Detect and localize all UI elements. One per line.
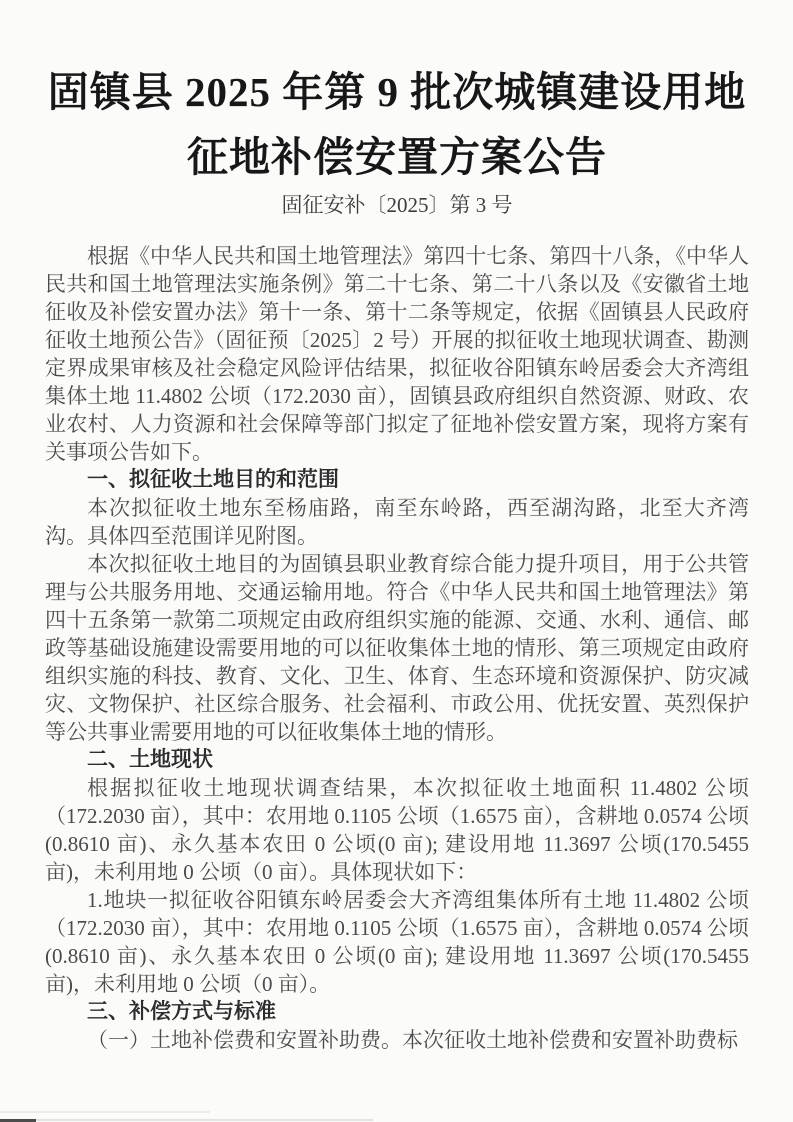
title-line-1: 固镇县 2025 年第 9 批次城镇建设用地 xyxy=(48,69,747,115)
section-2-paragraph-2: 1.地块一拟征收谷阳镇东岭居委会大齐湾组集体所有土地 11.4802 公顷（17… xyxy=(45,886,749,998)
section-3-heading: 三、补偿方式与标准 xyxy=(45,998,749,1026)
title-line-2: 征地补偿安置方案公告 xyxy=(187,134,607,180)
document-number: 固征安补〔2025〕第 3 号 xyxy=(45,192,749,218)
intro-paragraph: 根据《中华人民共和国土地管理法》第四十七条、第四十八条，《中华人民共和国土地管理… xyxy=(45,242,749,466)
document-title: 固镇县 2025 年第 9 批次城镇建设用地 征地补偿安置方案公告 xyxy=(45,60,749,190)
section-3-paragraph-1: （一）土地补偿费和安置补助费。本次征收土地补偿费和安置补助费标 xyxy=(45,1026,749,1054)
section-1-heading: 一、拟征收土地目的和范围 xyxy=(45,466,749,494)
scanned-document-page: 固镇县 2025 年第 9 批次城镇建设用地 征地补偿安置方案公告 固征安补〔2… xyxy=(0,0,793,1122)
document-body: 根据《中华人民共和国土地管理法》第四十七条、第四十八条，《中华人民共和国土地管理… xyxy=(45,242,749,1054)
section-1-paragraph-2: 本次拟征收土地目的为固镇县职业教育综合能力提升项目，用于公共管理与公共服务用地、… xyxy=(45,550,749,746)
section-2-paragraph-1: 根据拟征收土地现状调查结果，本次拟征收土地面积 11.4802 公顷（172.2… xyxy=(45,774,749,886)
section-2-heading: 二、土地现状 xyxy=(45,746,749,774)
section-1-paragraph-1: 本次拟征收土地东至杨庙路，南至东岭路，西至湖沟路，北至大齐湾沟。具体四至范围详见… xyxy=(45,494,749,550)
scan-artifact-mid-line xyxy=(28,1119,373,1121)
scan-artifact-faint-line xyxy=(0,1111,210,1113)
